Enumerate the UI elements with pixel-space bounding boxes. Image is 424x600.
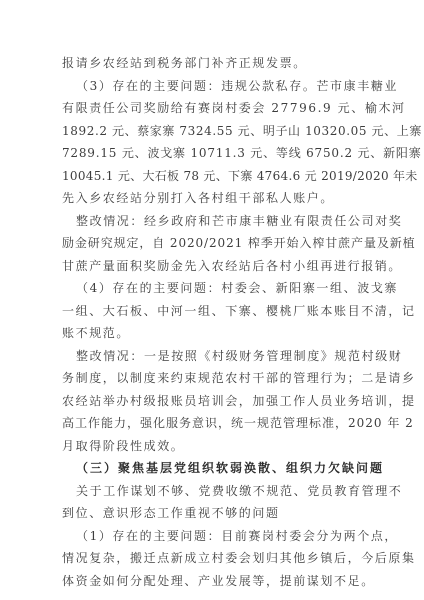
paragraph-line: 体资金如何分配处理、产业发展等，提前谋划不足。 [62, 571, 364, 591]
paragraph-line: 10045.1 元、大石板 78 元、下寨 4764.6 元 2019/2020… [62, 166, 364, 186]
paragraph-line: （4）存在的主要问题：村委会、新阳寨一组、波戈寨 [76, 278, 364, 298]
paragraph-line: （1）存在的主要问题：目前赛岗村委会分为两个点， [76, 526, 364, 546]
paragraph-line: 有限责任公司奖励给有赛岗村委会 27796.9 元、榆木河 [62, 98, 364, 118]
paragraph-line: 一组、大石板、中河一组、下寨、樱桃厂账本账目不清，记 [62, 301, 364, 321]
paragraph-line: 月取得阶段性成效。 [62, 436, 364, 456]
paragraph-line: 先入乡农经站分别打入各村组干部私人账户。 [62, 188, 364, 208]
paragraph-line: 整改情况：经乡政府和芒市康丰糖业有限责任公司对奖 [76, 211, 364, 231]
paragraph-line: 账不规范。 [62, 323, 364, 343]
paragraph-line: 务制度，以制度来约束规范农村干部的管理行为；二是请乡 [62, 368, 364, 388]
section-heading: （三）聚焦基层党组织软弱涣散、组织力欠缺问题 [76, 458, 364, 478]
paragraph-line: 关于工作谋划不够、党费收缴不规范、党员教育管理不 [76, 481, 364, 501]
paragraph-line: 到位、意识形态工作重视不够的问题 [62, 503, 364, 523]
paragraph-line: 1892.2 元、蔡家寨 7324.55 元、明子山 10320.05 元、上寨 [62, 121, 364, 141]
paragraph-line: （3）存在的主要问题：违规公款私存。芒市康丰糖业 [76, 76, 364, 96]
paragraph-line: 报请乡农经站到税务部门补齐正规发票。 [62, 53, 364, 73]
paragraph-line: 情况复杂，搬迁点新成立村委会划归其他乡镇后，今后原集 [62, 548, 364, 568]
paragraph-line: 农经站举办村级报账员培训会，加强工作人员业务培训，提 [62, 391, 364, 411]
document-page: 报请乡农经站到税务部门补齐正规发票。 （3）存在的主要问题：违规公款私存。芒市康… [0, 0, 424, 600]
paragraph-line: 高工作能力，强化服务意识，统一规范管理标准，2020 年 2 [62, 413, 364, 433]
paragraph-line: 励金研究规定，自 2020/2021 榨季开始入榨甘蔗产量及新植 [62, 233, 364, 253]
paragraph-line: 甘蔗产量面积奖励金先入农经站后各村小组再进行报销。 [62, 256, 364, 276]
paragraph-line: 7289.15 元、波戈寨 10711.3 元、等线 6750.2 元、新阳寨 [62, 143, 364, 163]
paragraph-line: 整改情况：一是按照《村级财务管理制度》规范村级财 [76, 346, 364, 366]
